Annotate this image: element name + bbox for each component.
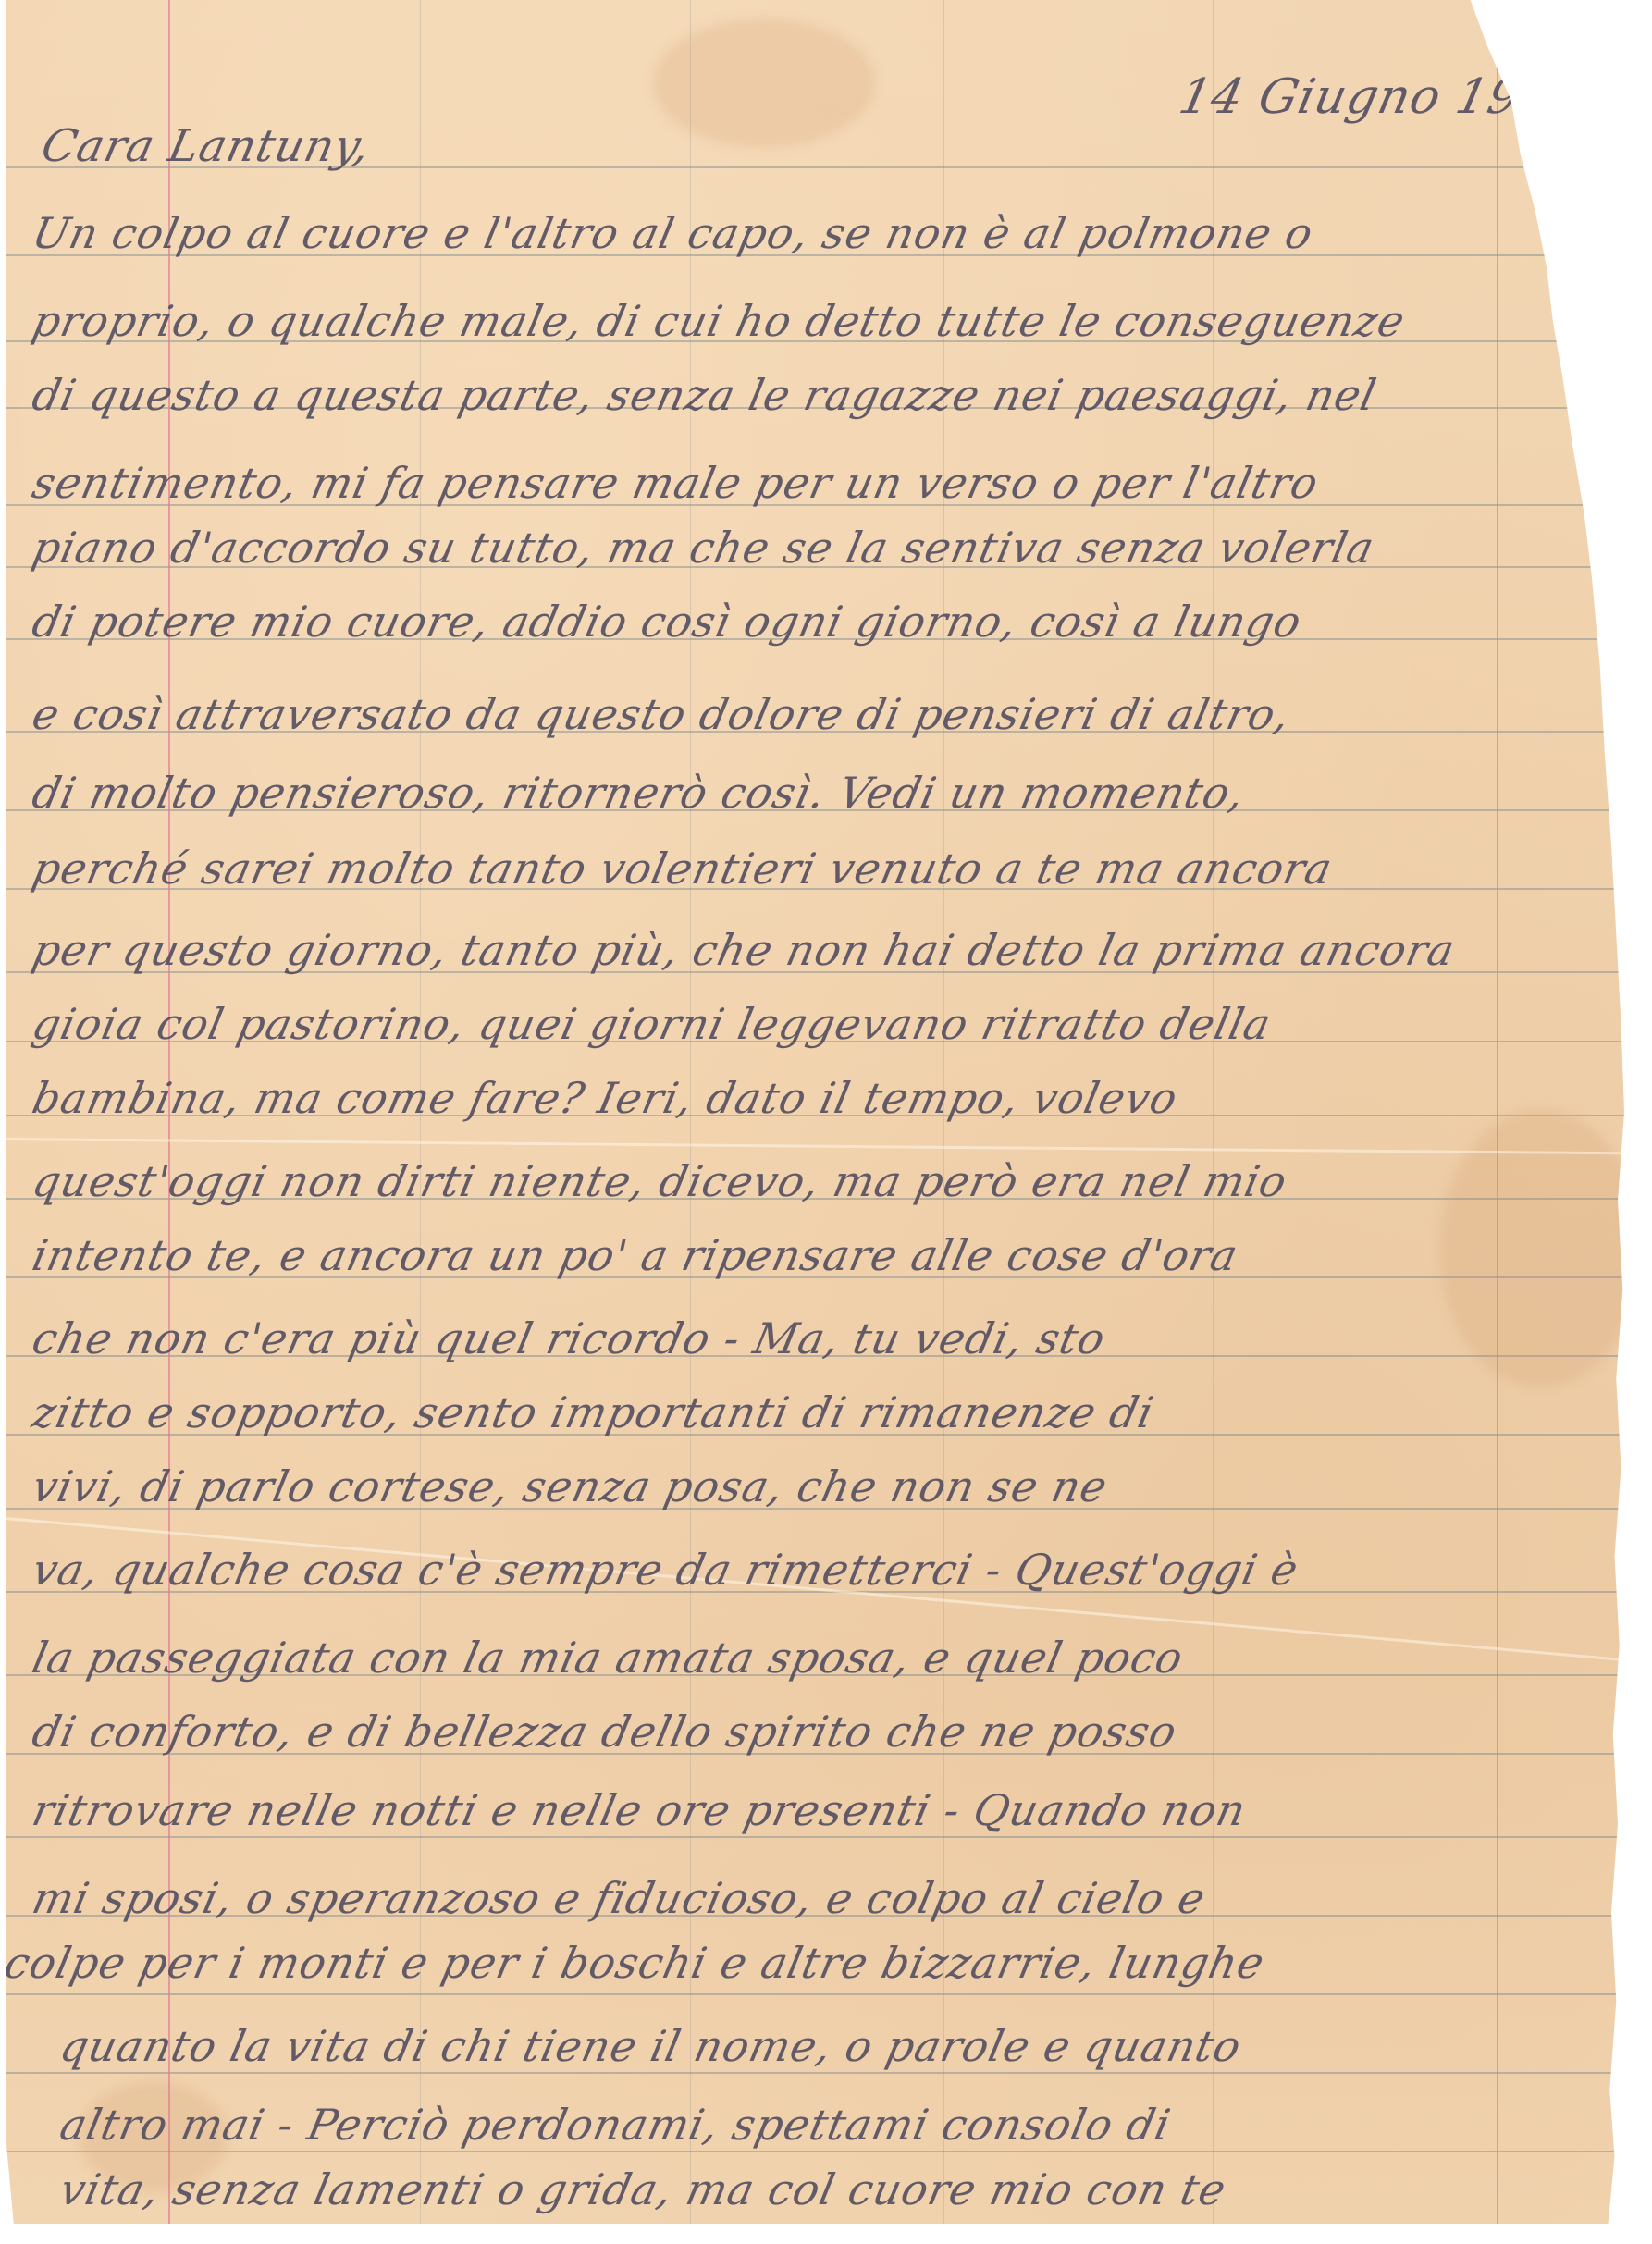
letter-line: zitto e sopporto, sento importanti di ri… [28,1387,1158,1437]
letter-line: per questo giorno, tanto più, che non ha… [28,925,1460,975]
letter-line: e così attraversato da questo dolore di … [28,689,1295,739]
letter-line: vita, senza lamenti o grida, ma col cuor… [55,2164,1231,2214]
letter-line: di conforto, e di bellezza dello spirito… [28,1707,1181,1757]
letter-line: colpe per i monti e per i boschi e altre… [0,1938,1269,1988]
letter-line: piano d'accordo su tutto, ma che se la s… [28,523,1379,573]
paper-stain [653,18,875,148]
letter-page: 14 Giugno 1931 Cara Lantuny, Un colpo al… [6,0,1624,2224]
paper-crease [6,1138,1624,1154]
letter-line: va, qualche cosa c'è sempre da rimetterc… [28,1545,1303,1595]
letter-line: bambina, ma come fare? Ieri, dato il tem… [28,1073,1182,1123]
ruled-line [6,1836,1624,1838]
letter-line: perché sarei molto tanto volentieri venu… [28,844,1337,894]
letter-line: quanto la vita di chi tiene il nome, o p… [55,2021,1246,2071]
letter-date: 14 Giugno 1931 [1175,69,1589,125]
letter-line: di questo a questa parte, senza le ragaz… [28,370,1381,420]
letter-line: ritrovare nelle notti e nelle ore presen… [28,1785,1251,1835]
letter-line: di potere mio cuore, addio così ogni gio… [28,597,1306,647]
letter-line: di molto pensieroso, ritornerò così. Ved… [28,768,1250,818]
letter-line: mi sposi, o speranzoso e fiducioso, e co… [28,1873,1210,1923]
letter-line: che non c'era più quel ricordo - Ma, tu … [28,1313,1110,1363]
letter-line: Un colpo al cuore e l'altro al capo, se … [28,208,1318,258]
ruled-line [6,1993,1624,1995]
letter-line: gioia col pastorino, quei giorni leggeva… [28,999,1276,1049]
letter-line: sentimento, mi fa pensare male per un ve… [28,458,1323,508]
letter-line: quest'oggi non dirti niente, dicevo, ma … [28,1156,1291,1206]
letter-line: vivi, di parlo cortese, senza posa, che … [28,1461,1112,1511]
letter-greeting: Cara Lantuny, [37,120,376,172]
letter-line: la passeggiata con la mia amata sposa, e… [28,1633,1188,1683]
letter-line: intento te, e ancora un po' a ripensare … [28,1230,1242,1280]
ruled-line [6,2151,1624,2152]
letter-line: altro mai - Perciò perdonami, spettami c… [55,2100,1175,2150]
letter-line: proprio, o qualche male, di cui ho detto… [28,296,1410,346]
ruled-line [6,2072,1624,2074]
right-margin-line [1497,0,1498,2224]
